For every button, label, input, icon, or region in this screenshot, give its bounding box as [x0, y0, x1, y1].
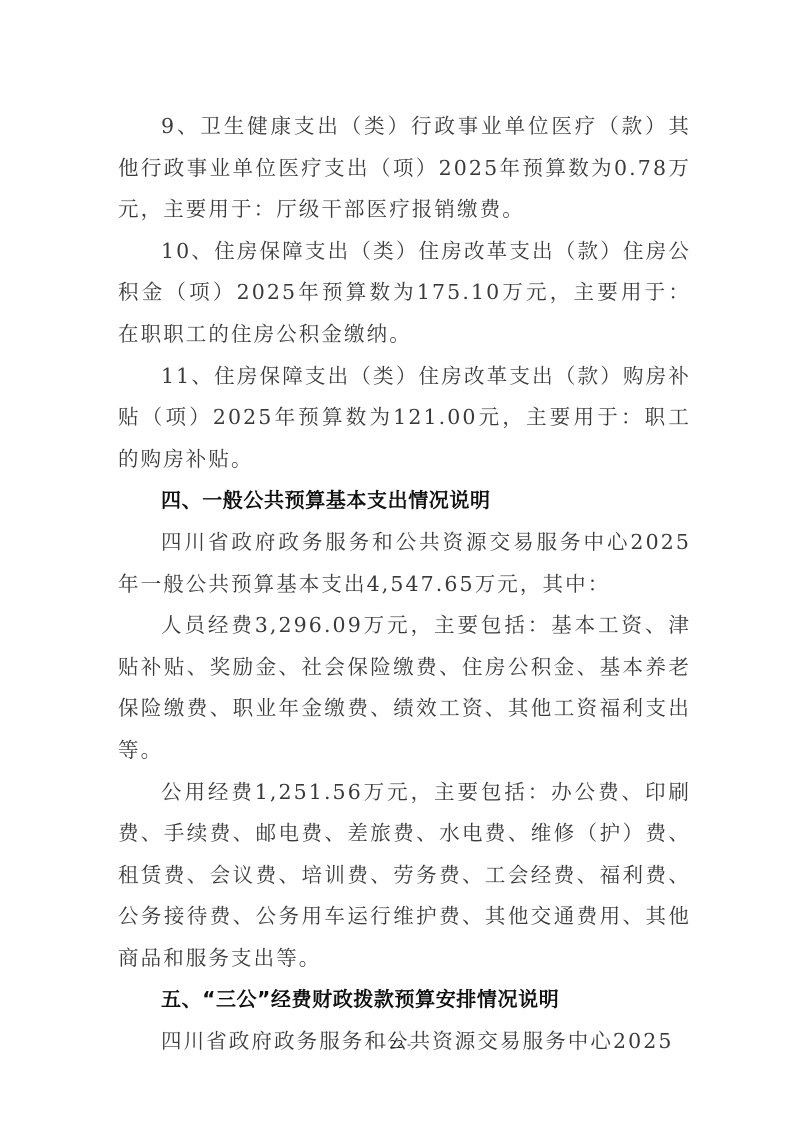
document-body: 9、卫生健康支出（类）行政事业单位医疗（款）其他行政事业单位医疗支出（项）202…: [118, 106, 691, 1063]
section-heading-5: 五、“三公”经费财政拨款预算安排情况说明: [118, 979, 691, 1021]
document-page: 9、卫生健康支出（类）行政事业单位医疗（款）其他行政事业单位医疗支出（项）202…: [0, 0, 793, 1122]
paragraph-item-9: 9、卫生健康支出（类）行政事业单位医疗（款）其他行政事业单位医疗支出（项）202…: [118, 106, 691, 231]
paragraph-item-10: 10、住房保障支出（类）住房改革支出（款）住房公积金（项）2025年预算数为17…: [118, 231, 691, 356]
paragraph-public-expenses: 公用经费1,251.56万元，主要包括：办公费、印刷费、手续费、邮电费、差旅费、…: [118, 772, 691, 980]
page-number: - 22 -: [0, 1038, 793, 1051]
paragraph-personnel-expenses: 人员经费3,296.09万元，主要包括：基本工资、津贴补贴、奖励金、社会保险缴费…: [118, 605, 691, 771]
paragraph-basic-expenditure-total: 四川省政府政务服务和公共资源交易服务中心2025年一般公共预算基本支出4,547…: [118, 522, 691, 605]
paragraph-item-11: 11、住房保障支出（类）住房改革支出（款）购房补贴（项）2025年预算数为121…: [118, 356, 691, 481]
section-heading-4: 四、一般公共预算基本支出情况说明: [118, 480, 691, 522]
